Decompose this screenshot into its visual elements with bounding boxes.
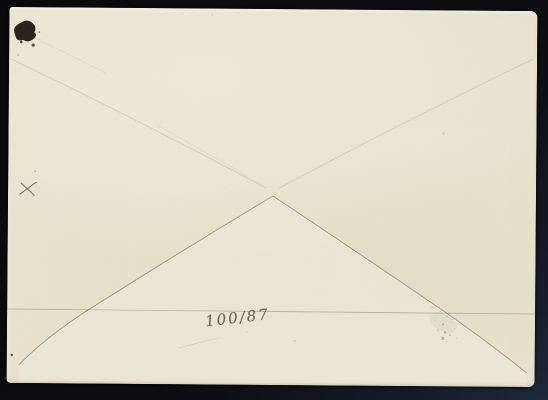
paper-grain — [7, 7, 538, 387]
photo-backdrop: 100/87 — [0, 0, 548, 400]
envelope-marks — [7, 7, 538, 387]
envelope-back: 100/87 — [7, 7, 538, 387]
